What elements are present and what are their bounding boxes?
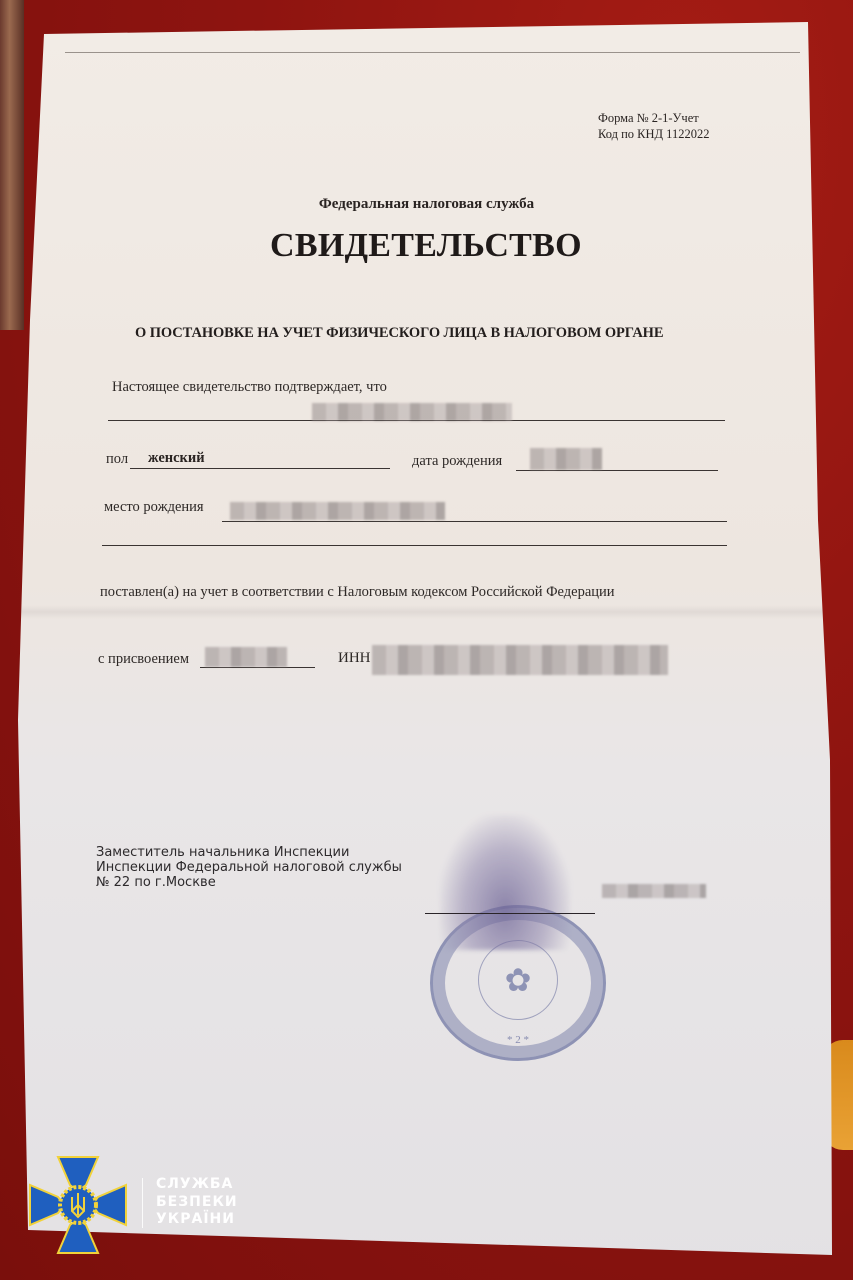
birth-place-redacted [230, 502, 445, 520]
watermark-divider [142, 1178, 143, 1228]
full-name-redacted [312, 403, 512, 421]
birth-place-label: место рождения [104, 499, 204, 516]
sbu-line-1: СЛУЖБА [156, 1176, 238, 1194]
signatory-line-2: Инспекции Федеральной налоговой службы [96, 860, 402, 875]
form-code: Форма № 2-1-Учет Код по КНД 1122022 [598, 110, 709, 142]
inn-label: ИНН [338, 650, 371, 667]
knd-code: Код по КНД 1122022 [598, 126, 709, 142]
signature-redacted [440, 815, 570, 950]
birth-place-field-line-2 [102, 545, 727, 546]
signatory-line-3: № 22 по г.Москве [96, 875, 402, 890]
intro-text: Настоящее свидетельство подтверждает, чт… [112, 379, 387, 396]
signatory-title: Заместитель начальника Инспекции Инспекц… [96, 845, 402, 890]
document-subtitle: О ПОСТАНОВКЕ НА УЧЕТ ФИЗИЧЕСКОГО ЛИЦА В … [135, 325, 663, 342]
assigned-redacted [205, 647, 287, 667]
stamp-number-value: 2 [515, 1034, 521, 1046]
document-title: СВИДЕТЕЛЬСТВО [270, 227, 582, 265]
birth-date-label: дата рождения [412, 453, 502, 470]
eagle-emblem-icon: ✿ [478, 940, 558, 1020]
signatory-name-redacted [602, 884, 706, 898]
form-number: Форма № 2-1-Учет [598, 110, 709, 126]
certificate-paper: Форма № 2-1-Учет Код по КНД 1122022 Феде… [0, 0, 853, 1280]
issuing-agency: Федеральная налоговая служба [0, 196, 853, 213]
registered-statement: поставлен(а) на учет в соответствии с На… [100, 584, 615, 601]
assigned-label: с присвоением [98, 651, 189, 668]
sbu-emblem-icon [28, 1155, 128, 1255]
inn-redacted [372, 645, 668, 675]
birth-date-redacted [530, 448, 602, 470]
sbu-line-3: УКРАЇНИ [156, 1211, 238, 1229]
issuing-agency-text: Федеральная налоговая служба [319, 196, 534, 213]
birth-date-field-line [516, 470, 718, 471]
sex-label: пол [106, 451, 128, 468]
stamp-number: * 2 * [433, 1034, 603, 1046]
sbu-wordmark: СЛУЖБА БЕЗПЕКИ УКРАЇНИ [156, 1176, 238, 1229]
birth-place-field-line [222, 521, 727, 522]
signature-line [425, 913, 595, 914]
sex-field-line [130, 468, 390, 469]
background-object [0, 0, 24, 330]
top-rule [65, 52, 800, 53]
assigned-field-line [200, 667, 315, 668]
sex-value: женский [148, 450, 205, 467]
sbu-line-2: БЕЗПЕКИ [156, 1194, 238, 1212]
signatory-line-1: Заместитель начальника Инспекции [96, 845, 402, 860]
